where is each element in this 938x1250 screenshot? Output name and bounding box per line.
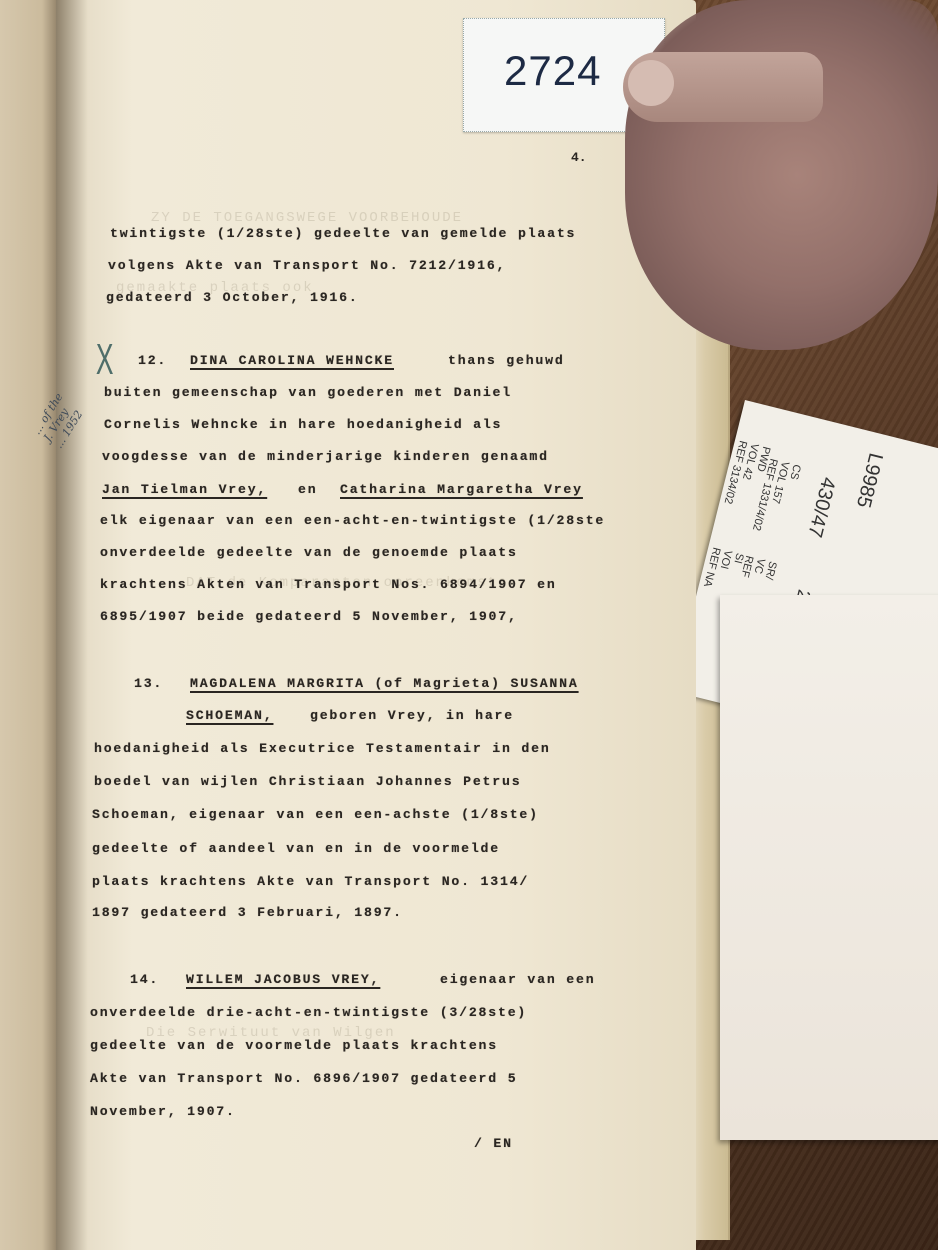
entry-line: Cornelis Wehncke in hare hoedanigheid al… bbox=[104, 417, 502, 432]
entry-line: onverdeelde drie-acht-en-twintigste (3/2… bbox=[90, 1005, 527, 1020]
entry-line: 6895/1907 beide gedateerd 5 November, 19… bbox=[100, 609, 518, 624]
child-name: Jan Tielman Vrey, bbox=[102, 482, 267, 497]
entry-line: November, 1907. bbox=[90, 1104, 236, 1119]
card-reference-number: L9985 bbox=[853, 451, 886, 510]
catchword: / EN bbox=[474, 1136, 513, 1151]
archive-number: 2724 bbox=[504, 47, 601, 95]
entry-number: 12. bbox=[138, 353, 167, 368]
envelope-sleeve bbox=[720, 595, 938, 1140]
entry-line: krachtens Akten van Transport Nos. 6894/… bbox=[100, 577, 557, 592]
entry-line: eigenaar van een bbox=[440, 972, 595, 987]
child-name: Catharina Margaretha Vrey bbox=[340, 482, 583, 497]
continuation-line: volgens Akte van Transport No. 7212/1916… bbox=[108, 258, 506, 273]
entry-line: gedeelte of aandeel van en in de voormel… bbox=[92, 841, 500, 856]
page-number: 4. bbox=[571, 150, 587, 165]
facing-page bbox=[0, 0, 60, 1250]
continuation-line: gedateerd 3 October, 1916. bbox=[106, 290, 359, 305]
entry-name: WILLEM JACOBUS VREY, bbox=[186, 972, 380, 987]
thumbnail-nail bbox=[628, 60, 674, 106]
entry-line: elk eigenaar van een een-acht-en-twintig… bbox=[100, 513, 605, 528]
card-file-number: 430/47 bbox=[804, 475, 838, 539]
entry-number: 13. bbox=[134, 676, 163, 691]
entry-line: gedeelte van de voormelde plaats krachte… bbox=[90, 1038, 498, 1053]
margin-x-mark: X bbox=[96, 335, 114, 385]
entry-line: voogdesse van de minderjarige kinderen g… bbox=[102, 449, 549, 464]
entry-line: Akte van Transport No. 6896/1907 gedatee… bbox=[90, 1071, 517, 1086]
entry-line: boedel van wijlen Christiaan Johannes Pe… bbox=[94, 774, 521, 789]
card-si-reference: SI VOI REF NA bbox=[701, 546, 746, 594]
entry-number: 14. bbox=[130, 972, 159, 987]
entry-line: geboren Vrey, in hare bbox=[310, 708, 514, 723]
entry-name: SCHOEMAN, bbox=[186, 708, 273, 723]
conjunction: en bbox=[298, 482, 317, 497]
entry-line: plaats krachtens Akte van Transport No. … bbox=[92, 874, 529, 889]
entry-line: hoedanigheid als Executrice Testamentair… bbox=[94, 741, 551, 756]
entry-line: buiten gemeenschap van goederen met Dani… bbox=[104, 385, 512, 400]
entry-name: DINA CAROLINA WEHNCKE bbox=[190, 353, 394, 368]
entry-name: MAGDALENA MARGRITA (of Magrieta) SUSANNA bbox=[190, 676, 579, 691]
entry-line: onverdeelde gedeelte van de genoemde pla… bbox=[100, 545, 518, 560]
entry-line: 1897 gedateerd 3 Februari, 1897. bbox=[92, 905, 403, 920]
typed-document-page: ZY DE TOEGANGSWEGE VOORBEHOUDE gemaakte … bbox=[56, 0, 696, 1250]
continuation-line: twintigste (1/28ste) gedeelte van gemeld… bbox=[110, 226, 576, 241]
entry-line: Schoeman, eigenaar van een een-achste (1… bbox=[92, 807, 539, 822]
entry-line: thans gehuwd bbox=[448, 353, 565, 368]
